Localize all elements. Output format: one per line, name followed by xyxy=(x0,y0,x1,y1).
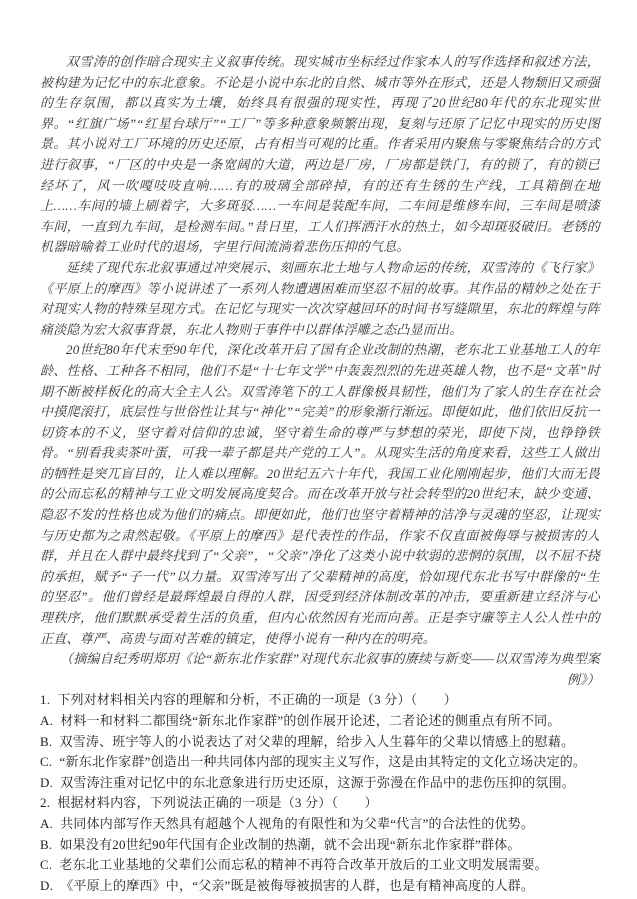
question-2-option-b: B.如果没有20世纪90年代国有企业改制的热潮，就不会出现“新东北作家群”群体。 xyxy=(40,835,600,856)
option-text: 双雪涛、班宇等人的小说表达了对父辈的理解，给步入人生暮年的父辈以情感上的慰藉。 xyxy=(59,734,574,749)
question-2-option-c: C.老东北工业基地的父辈们公而忘私的精神不再符合改革开放后的工业文明发展需要。 xyxy=(40,855,600,876)
question-1: 1.下列对材料相关内容的理解和分析，不正确的一项是（3 分）（ ） A.材料一和… xyxy=(40,690,600,793)
passage-paragraph-3: 20世纪80年代末至90年代，深化改革开启了国有企业改制的热潮，老东北工业基地工… xyxy=(40,340,600,649)
option-label: C. xyxy=(40,752,52,773)
question-2: 2.根据材料内容，下列说法正确的一项是（3 分）（ ） A.共同体内部写作天然具… xyxy=(40,793,600,896)
question-1-option-b: B.双雪涛、班宇等人的小说表达了对父辈的理解，给步入人生暮年的父辈以情感上的慰藉… xyxy=(40,732,600,753)
option-text: 《平原上的摩西》中，“父亲”既是被侮辱被损害的人群，也是有精神高度的人群。 xyxy=(60,878,534,893)
question-1-stem-text: 下列对材料相关内容的理解和分析，不正确的一项是（3 分）（ ） xyxy=(57,692,457,707)
passage-paragraph-2: 延续了现代东北叙事通过冲突展示、刻画东北土地与人物命运的传统，双雪涛的《飞行家》… xyxy=(40,258,600,340)
option-label: C. xyxy=(40,855,52,876)
question-2-option-a: A.共同体内部写作天然具有超越个人视角的有限性和为父辈“代言”的合法性的优势。 xyxy=(40,814,600,835)
option-text: “新东北作家群”创造出一种共同体内部的现实主义写作，这是由其特定的文化立场决定的… xyxy=(59,754,586,769)
question-1-option-d: D.双雪涛注重对记忆中的东北意象进行历史还原，这源于弥漫在作品中的悲伤压抑的氛围… xyxy=(40,773,600,794)
question-2-stem-text: 根据材料内容，下列说法正确的一项是（3 分）（ ） xyxy=(57,795,377,810)
question-1-number: 1. xyxy=(40,690,50,711)
passage-section: 双雪涛的创作暗合现实主义叙事传统。现实城市坐标经过作家本人的写作选择和叙述方法，… xyxy=(40,52,600,690)
option-label: D. xyxy=(40,773,53,794)
question-1-option-a: A.材料一和材料二都围绕“新东北作家群”的创作展开论述，二者论述的侧重点有所不同… xyxy=(40,711,600,732)
option-text: 双雪涛注重对记忆中的东北意象进行历史还原，这源于弥漫在作品中的悲伤压抑的氛围。 xyxy=(60,775,575,790)
option-label: B. xyxy=(40,732,52,753)
option-label: D. xyxy=(40,876,53,897)
question-1-stem: 1.下列对材料相关内容的理解和分析，不正确的一项是（3 分）（ ） xyxy=(40,690,600,711)
question-1-option-c: C.“新东北作家群”创造出一种共同体内部的现实主义写作，这是由其特定的文化立场决… xyxy=(40,752,600,773)
questions-section: 1.下列对材料相关内容的理解和分析，不正确的一项是（3 分）（ ） A.材料一和… xyxy=(40,690,600,896)
option-label: B. xyxy=(40,835,52,856)
option-text: 如果没有20世纪90年代国有企业改制的热潮，就不会出现“新东北作家群”群体。 xyxy=(59,837,520,852)
question-2-number: 2. xyxy=(40,793,50,814)
option-text: 材料一和材料二都围绕“新东北作家群”的创作展开论述，二者论述的侧重点有所不同。 xyxy=(60,713,560,728)
passage-paragraph-1: 双雪涛的创作暗合现实主义叙事传统。现实城市坐标经过作家本人的写作选择和叙述方法，… xyxy=(40,52,600,258)
question-2-stem: 2.根据材料内容，下列说法正确的一项是（3 分）（ ） xyxy=(40,793,600,814)
option-text: 共同体内部写作天然具有超越个人视角的有限性和为父辈“代言”的合法性的优势。 xyxy=(60,816,534,831)
source-citation: （摘编自纪秀明郑玥《论“新东北作家群”对现代东北叙事的赓续与新变——以双雪涛为典… xyxy=(40,649,600,690)
option-text: 老东北工业基地的父辈们公而忘私的精神不再符合改革开放后的工业文明发展需要。 xyxy=(59,857,547,872)
option-label: A. xyxy=(40,814,53,835)
exam-page: 双雪涛的创作暗合现实主义叙事传统。现实城市坐标经过作家本人的写作选择和叙述方法，… xyxy=(0,0,637,899)
option-label: A. xyxy=(40,711,53,732)
question-2-option-d: D.《平原上的摩西》中，“父亲”既是被侮辱被损害的人群，也是有精神高度的人群。 xyxy=(40,876,600,897)
